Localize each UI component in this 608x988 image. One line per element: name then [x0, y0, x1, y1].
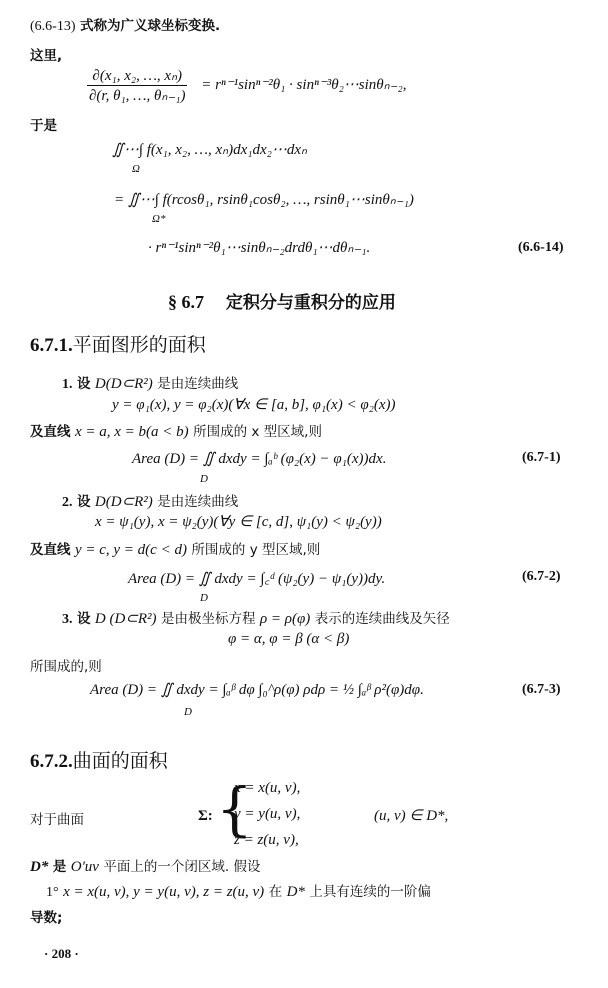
item-1-intro: 1. 设 D(D⊂R²) 是由连续曲线	[62, 372, 238, 393]
subsection-number-1: 6.7.1.	[30, 335, 73, 356]
formula-6-7-2: Area (D) = ∬ dxdy = ∫꜀ᵈ (ψ₂(y) − ψ₁(y))d…	[128, 568, 385, 588]
item-1-curves: y = φ₁(x), y = φ₂(x)(∀x ∈ [a, b], φ₁(x) …	[112, 395, 395, 414]
subsection-title-1: 平面图形的面积	[73, 334, 206, 356]
section-title: 定积分与重积分的应用	[226, 293, 396, 313]
sigma-symbol: Σ:	[198, 808, 213, 825]
item-1-line-prefix: 及直线	[30, 424, 71, 440]
jacobian-formula: ∂(x₁, x₂, …, xₙ) ∂(r, θ₁, …, θₙ₋₁) = rⁿ⁻…	[87, 66, 407, 105]
formula-6-7-3: Area (D) = ∬ dxdy = ∫ₐᵝ dφ ∫₀^ρ(φ) ρdρ =…	[90, 680, 424, 699]
item-3-label: 3.	[62, 612, 73, 627]
region-d-3: D	[184, 706, 192, 718]
condition-1-label: 1°	[46, 885, 59, 900]
region-d-1: D	[200, 473, 208, 485]
integral-line-3: · rⁿ⁻¹sinⁿ⁻²θ₁⋯sinθₙ₋₂drdθ₁⋯dθₙ₋₁.	[148, 238, 370, 257]
condition-1-text-2: 上具有连续的一阶偏	[309, 884, 431, 900]
subsection-heading-2: 6.7.2.曲面的面积	[30, 746, 168, 773]
condition-1: 1° x = x(u, v), y = y(u, v), z = z(u, v)…	[46, 880, 431, 901]
item-2-intro: 2. 设 D(D⊂R²) 是由连续曲线	[62, 490, 238, 511]
item-2-math-a: D(D⊂R²)	[95, 494, 153, 510]
item-3-intro: 3. 设 D (D⊂R²) 是由极坐标方程 ρ = ρ(φ) 表示的连续曲线及矢…	[62, 607, 450, 628]
condition-1-dstar: D*	[287, 884, 305, 900]
item-3-math-b: ρ = ρ(φ)	[260, 611, 310, 627]
here-label: 这里,	[30, 44, 62, 64]
equation-number-6-7-3: (6.7-3)	[522, 682, 561, 698]
item-1-line-suffix: 所围成的 x 型区域,则	[193, 424, 322, 440]
jacobian-rhs: = rⁿ⁻¹sinⁿ⁻²θ₁ · sinⁿ⁻³θ₂⋯sinθₙ₋₂,	[201, 77, 406, 93]
equation-number-6-7-1: (6.7-1)	[522, 450, 561, 466]
item-1-line: 及直线 x = a, x = b(a < b) 所围成的 x 型区域,则	[30, 420, 322, 441]
intro-text: 式称为广义球坐标变换.	[80, 18, 220, 34]
formula-6-7-1: Area (D) = ∬ dxdy = ∫ₐᵇ (φ₂(x) − φ₁(x))d…	[132, 449, 386, 468]
jacobian-numerator: ∂(x₁, x₂, …, xₙ)	[87, 66, 187, 86]
intro-line: (6.6-13) 式称为广义球坐标变换.	[30, 14, 220, 35]
item-3-text-b: 是由极坐标方程	[161, 611, 256, 627]
integral-line-1: ∬⋯∫ f(x₁, x₂, …, xₙ)dx₁dx₂⋯dxₙ	[112, 140, 307, 159]
item-3-math-a: D (D⊂R²)	[95, 611, 157, 627]
item-2-line: 及直线 y = c, y = d(c < d) 所围成的 y 型区域,则	[30, 538, 320, 559]
section-mark: § 6.7	[168, 292, 204, 312]
jacobian-fraction: ∂(x₁, x₂, …, xₙ) ∂(r, θ₁, …, θₙ₋₁)	[87, 66, 187, 105]
region-omega: Ω	[132, 163, 140, 175]
condition-1-math: x = x(u, v), y = y(u, v), z = z(u, v)	[63, 884, 264, 900]
dstar-text-1: 是	[53, 859, 67, 875]
item-3-text-c: 表示的连续曲线及矢径	[315, 611, 450, 627]
item-2-line-math: y = c, y = d(c < d)	[75, 542, 187, 558]
region-d-2: D	[200, 592, 208, 604]
equation-number-6-7-2: (6.7-2)	[522, 569, 561, 585]
item-2-label: 2.	[62, 495, 73, 510]
subsection-heading-1: 6.7.1.平面图形的面积	[30, 330, 206, 357]
item-3-rays: φ = α, φ = β (α < β)	[228, 631, 349, 648]
condition-1-text-1: 在	[269, 884, 283, 900]
equation-number-6-6-14: (6.6-14)	[518, 240, 564, 256]
dstar-line: D* 是 O'uv 平面上的一个闭区域. 假设	[30, 855, 261, 876]
item-2-curves: x = ψ₁(y), x = ψ₂(y)(∀y ∈ [c, d], ψ₁(y) …	[95, 512, 382, 531]
dstar-text-2: 平面上的一个闭区域. 假设	[103, 859, 260, 875]
item-2-line-suffix: 所围成的 y 型区域,则	[191, 542, 320, 558]
thus-label: 于是	[30, 114, 57, 134]
dstar-symbol: D*	[30, 859, 48, 875]
surface-eq-z: z = z(u, v),	[234, 832, 299, 849]
condition-1-continuation: 导数;	[30, 906, 62, 926]
item-1-label: 1.	[62, 377, 73, 392]
equation-reference: (6.6-13)	[30, 19, 76, 34]
surface-label: 对于曲面	[30, 808, 84, 828]
item-2-text-b: 是由连续曲线	[157, 494, 238, 510]
region-omega-star: Ω*	[152, 213, 165, 225]
subsection-number-2: 6.7.2.	[30, 751, 73, 772]
item-1-line-math: x = a, x = b(a < b)	[75, 424, 189, 440]
section-heading: § 6.7 定积分与重积分的应用	[168, 288, 396, 313]
item-1-text-a: 设	[77, 376, 91, 392]
subsection-title-2: 曲面的面积	[73, 750, 168, 772]
item-1-math-a: D(D⊂R²)	[95, 376, 153, 392]
item-3-text-a: 设	[77, 611, 91, 627]
item-2-line-prefix: 及直线	[30, 542, 71, 558]
item-3-closing: 所围成的,则	[30, 655, 102, 675]
surface-eq-y: y = y(u, v),	[234, 806, 300, 823]
surface-domain: (u, v) ∈ D*,	[374, 806, 448, 825]
jacobian-denominator: ∂(r, θ₁, …, θₙ₋₁)	[87, 86, 187, 105]
item-2-text-a: 设	[77, 494, 91, 510]
surface-eq-x: x = x(u, v),	[234, 780, 300, 797]
item-1-text-b: 是由连续曲线	[157, 376, 238, 392]
integral-line-2: = ∬⋯∫ f(rcosθ₁, rsinθ₁cosθ₂, …, rsinθ₁⋯s…	[114, 190, 414, 209]
plane-symbol: O'uv	[71, 859, 99, 875]
page-number: · 208 ·	[44, 946, 79, 962]
